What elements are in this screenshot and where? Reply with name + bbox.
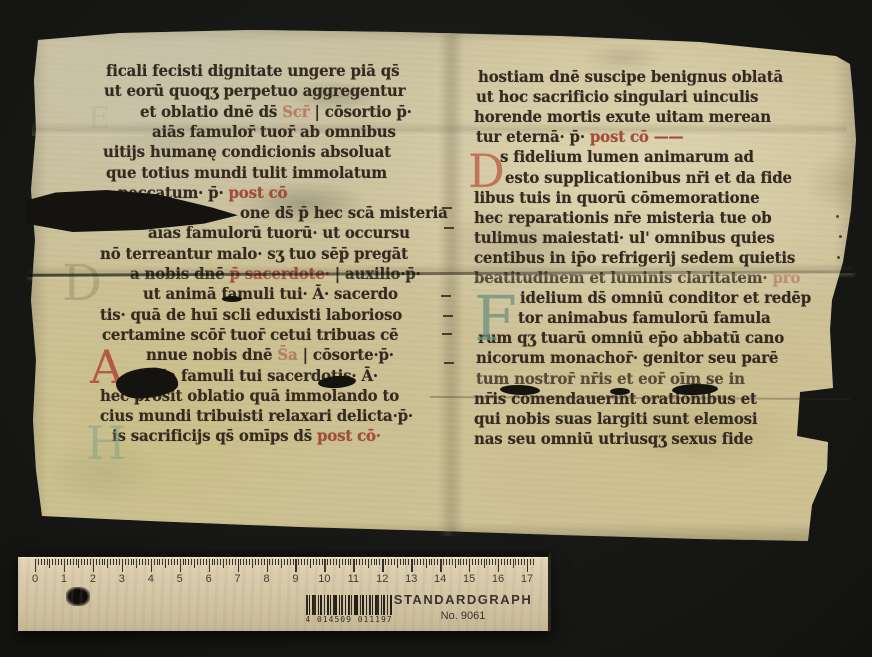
- ruler-number: 16: [492, 573, 504, 585]
- ruler-tick: [510, 559, 511, 565]
- ruler-tick: [446, 559, 447, 565]
- ruler-tick: [174, 559, 175, 565]
- photo-stage: ficali fecisti dignitate ungere piā qs̄u…: [0, 0, 872, 657]
- ruler-tick: [38, 559, 39, 565]
- ruler-tick: [238, 559, 239, 572]
- ruler-tick: [478, 559, 479, 565]
- ruler-tick: [191, 559, 192, 565]
- text-segment-rubric: post cō ——: [590, 127, 683, 146]
- stitch-mark: [443, 315, 453, 317]
- ruler-number: 15: [463, 573, 475, 585]
- ruler-tick: [513, 559, 514, 568]
- ruler-tick: [183, 559, 184, 565]
- ruler-tick: [229, 559, 230, 565]
- ruler-tick: [385, 559, 386, 565]
- ruler-tick: [322, 559, 323, 565]
- ruler-tick: [530, 559, 531, 565]
- text-segment-ink: rum qʒ tuarū omniū ep̄o abbatū cano: [478, 328, 784, 347]
- ruler-tick: [200, 559, 201, 565]
- ruler-tick: [440, 559, 441, 572]
- ruler-number: 1: [61, 573, 67, 585]
- edge-hole-dot: [839, 235, 842, 238]
- parchment-hole: [222, 296, 242, 302]
- manuscript-line: idelium ds̄ omniū conditor et redēp: [520, 289, 811, 307]
- ruler-tick: [481, 559, 482, 565]
- text-segment-ink: nnue nobis dnē: [146, 345, 277, 364]
- text-segment-rubric_faded: Scr̄: [282, 102, 309, 121]
- ruler-tick: [304, 559, 305, 565]
- ruler-tick: [81, 559, 82, 565]
- manuscript-line: tur eternā· p̄· post cō ——: [476, 128, 683, 146]
- text-segment-ink: qui nobis suas largiti sunt elemosi: [474, 409, 757, 428]
- ruler-tick: [55, 559, 56, 565]
- manuscript-line: tulimus maiestati· ul' omnibus quies: [474, 229, 775, 247]
- ruler-tick: [107, 559, 108, 568]
- ruler-tick: [420, 559, 421, 565]
- ruler-tick: [486, 559, 487, 565]
- text-segment-ink: tulimus maiestati· ul' omnibus quies: [474, 228, 775, 247]
- ruler-tick: [498, 559, 499, 572]
- text-segment-ink: tis· quā de huī scli eduxisti laborioso: [100, 305, 402, 324]
- ruler-tick: [431, 559, 432, 565]
- ruler-tick: [154, 559, 155, 565]
- ruler-tick: [125, 559, 126, 565]
- manuscript-line: horende mortis exute uitam merean: [474, 108, 771, 126]
- ruler-tick: [365, 559, 366, 565]
- ruler-tick: [524, 559, 525, 565]
- text-segment-ink: hostiam dnē suscipe benignus oblatā: [478, 67, 783, 86]
- text-segment-ink: nas seu omniū utriusqʒ sexus fide: [474, 429, 753, 448]
- ruler-tick: [171, 559, 172, 565]
- ruler-tick: [492, 559, 493, 565]
- ruler-tick: [310, 559, 311, 568]
- stitch-mark: [442, 207, 452, 209]
- ruler-tick: [96, 559, 97, 565]
- ruler-tick: [232, 559, 233, 565]
- text-segment-rubric: post cō·: [317, 426, 381, 445]
- text-segment-ink: ficali fecisti dignitate ungere piā qs̄: [106, 61, 399, 80]
- ruler-tick: [455, 559, 456, 568]
- ruler-tick: [466, 559, 467, 565]
- ruler-tick: [67, 559, 68, 565]
- ruler-tick: [408, 559, 409, 565]
- ruler-tick: [185, 559, 186, 565]
- parchment-hole: [610, 388, 630, 395]
- illuminated-initial-D: D: [62, 258, 102, 308]
- text-segment-ink: horende mortis exute uitam merean: [474, 107, 771, 126]
- manuscript-line: uitijs humanę condicionis absoluat: [103, 143, 391, 161]
- barcode: [306, 595, 392, 615]
- ruler-tick: [131, 559, 132, 565]
- ruler-tick: [267, 559, 268, 572]
- ruler-tick: [475, 559, 476, 565]
- manuscript-line: tis· quā de huī scli eduxisti laborioso: [100, 306, 402, 324]
- text-segment-ink: ut eorū quoqʒ perpetuo aggregentur: [104, 81, 405, 100]
- ruler-tick: [49, 559, 50, 568]
- ruler-tick: [426, 559, 427, 568]
- ruler-tick: [214, 559, 215, 565]
- ruler-tick: [264, 559, 265, 565]
- ruler-tick: [371, 559, 372, 565]
- ruler-tick: [417, 559, 418, 565]
- ruler-tick: [110, 559, 111, 565]
- ruler-tick: [113, 559, 114, 565]
- ruler-tick: [84, 559, 85, 565]
- ruler-tick: [374, 559, 375, 565]
- ruler-tick: [504, 559, 505, 565]
- text-segment-ink: certamine scōr̄ tuor̄ cetui tribuas cē: [102, 325, 398, 344]
- ruler-tick: [423, 559, 424, 565]
- manuscript-line: cius mundi tribuisti relaxari delicta·p̄…: [100, 407, 413, 425]
- manuscript-line: centibus in ip̄o refrigerij sedem quieti…: [474, 249, 795, 267]
- ruler-tick: [405, 559, 406, 565]
- ruler-tick: [122, 559, 123, 572]
- ruler-tick: [388, 559, 389, 565]
- ruler-tick: [319, 559, 320, 565]
- ruler-tick: [249, 559, 250, 565]
- ruler-tick: [35, 559, 36, 572]
- ruler-tick: [197, 559, 198, 565]
- manuscript-line: libus tuis in quorū cōmemoratione: [474, 189, 759, 207]
- ruler-tick: [443, 559, 444, 565]
- ruler-tick: [165, 559, 166, 568]
- ruler-tick: [151, 559, 152, 572]
- ruler-tick: [104, 559, 105, 565]
- text-segment-ink: nicorum monachor̄· genitor seu parē: [476, 348, 778, 367]
- ruler-number: 6: [206, 573, 212, 585]
- manuscript-line: ut animā famuli tui· Ā· sacerdo: [143, 285, 398, 303]
- ruler-tick: [495, 559, 496, 565]
- ruler-tick: [394, 559, 395, 565]
- ruler-tick: [533, 559, 534, 565]
- text-segment-ink: aīas famulorū tuorū· ut occursu: [148, 223, 410, 242]
- ruler-tick: [217, 559, 218, 565]
- ruler-tick: [301, 559, 302, 565]
- ruler-tick: [119, 559, 120, 565]
- manuscript-line: rum qʒ tuarū omniū ep̄o abbatū cano: [478, 329, 784, 347]
- manuscript-line: que totius mundi tulit immolatum: [106, 164, 387, 182]
- ruler-tick: [359, 559, 360, 565]
- manuscript-line: qui nobis suas largiti sunt elemosi: [474, 410, 757, 428]
- ruler-tick: [295, 559, 296, 572]
- ruler-tick: [342, 559, 343, 565]
- ruler-tick: [272, 559, 273, 565]
- ruler-tick: [400, 559, 401, 565]
- ruler-tick: [336, 559, 337, 565]
- ruler-tick: [116, 559, 117, 565]
- ruler-tick: [278, 559, 279, 565]
- ruler-tick: [348, 559, 349, 565]
- manuscript-line: ut eorū quoqʒ perpetuo aggregentur: [104, 82, 405, 100]
- ruler-tick: [188, 559, 189, 565]
- ruler-tick: [391, 559, 392, 565]
- ruler-number: 11: [348, 573, 359, 585]
- ruler-tick: [324, 559, 325, 572]
- ruler-tick: [220, 559, 221, 565]
- ruler-tick: [458, 559, 459, 565]
- ruler-tick: [356, 559, 357, 565]
- ruler-tick: [411, 559, 412, 572]
- ruler-tick: [168, 559, 169, 565]
- ruler-number: 17: [521, 573, 533, 585]
- ruler-number: 8: [263, 573, 269, 585]
- ruler-number: 12: [376, 573, 388, 585]
- ruler-tick: [327, 559, 328, 565]
- ruler-number: 4: [148, 573, 154, 585]
- manuscript-line: esto supplicationibus nr̄i et da fide: [505, 169, 792, 187]
- manuscript-line: tor animabus famulorū famula: [518, 309, 770, 327]
- ruler-tick: [275, 559, 276, 565]
- ruler-tick: [362, 559, 363, 565]
- manuscript-line: s fidelium lumen animarum ad: [500, 148, 754, 166]
- ruler-tick: [472, 559, 473, 565]
- ruler-tick: [223, 559, 224, 568]
- text-segment-ink: esto supplicationibus nr̄i et da fide: [505, 167, 792, 186]
- ruler-number: 14: [434, 573, 446, 585]
- ruler-tick: [162, 559, 163, 565]
- ruler-tick: [243, 559, 244, 565]
- text-segment-ink: | cōsorte·p̄·: [303, 345, 394, 364]
- ruler-number: 10: [318, 573, 330, 585]
- manuscript-line: et oblatio dnē ds̄ Scr̄ | cōsortio p̄·: [140, 103, 412, 121]
- ruler-tick: [102, 559, 103, 565]
- ruler-tick: [177, 559, 178, 565]
- text-segment-ink: aiās famulor̄ tuor̄ ab omnibus: [152, 122, 396, 141]
- ruler-tick: [73, 559, 74, 565]
- ruler-tick: [47, 559, 48, 565]
- manuscript-line: nas seu omniū utriusqʒ sexus fide: [474, 430, 753, 448]
- ruler-tick: [226, 559, 227, 565]
- manuscript-line: one ds̄ p̄ hec scā misteria: [240, 204, 448, 222]
- manuscript-line: nicorum monachor̄· genitor seu parē: [476, 349, 778, 367]
- ruler-number: 5: [177, 573, 183, 585]
- ruler-number: 9: [292, 573, 298, 585]
- ruler-tick: [206, 559, 207, 565]
- text-segment-ink: | cōsortio p̄·: [309, 102, 411, 121]
- ruler-tick: [136, 559, 137, 568]
- ruler-tick: [235, 559, 236, 565]
- ruler-tick: [379, 559, 380, 565]
- ruler-tick: [484, 559, 485, 568]
- ruler-tick: [316, 559, 317, 565]
- ruler-tick: [313, 559, 314, 565]
- ruler-model: No. 9061: [378, 610, 548, 622]
- ruler-tick: [240, 559, 241, 565]
- ruler-tick: [261, 559, 262, 565]
- ruler-tick: [133, 559, 134, 565]
- ruler-tick: [437, 559, 438, 565]
- text-segment-ink: hec reparationis nr̄e misteria tue ob: [474, 208, 771, 227]
- stitch-mark: [441, 295, 451, 297]
- manuscript-line: aīas famulorū tuorū· ut occursu: [148, 224, 410, 242]
- ruler-number: 3: [119, 573, 125, 585]
- ruler-tick: [255, 559, 256, 565]
- ruler-tick: [203, 559, 204, 565]
- text-segment-ink: centibus in ip̄o refrigerij sedem quieti…: [474, 248, 795, 267]
- ruler-tick: [128, 559, 129, 565]
- ruler-tick: [429, 559, 430, 565]
- text-segment-ink: uitijs humanę condicionis absoluat: [103, 142, 391, 161]
- ruler-tick: [403, 559, 404, 565]
- ruler-tick: [345, 559, 346, 565]
- ruler-tick: [70, 559, 71, 565]
- ruler-tick: [139, 559, 140, 565]
- ruler-tick: [414, 559, 415, 565]
- edge-hole-dot: [836, 215, 839, 218]
- edge-hole-dot: [837, 256, 840, 259]
- ruler-tick: [269, 559, 270, 565]
- text-segment-ink: libus tuis in quorū cōmemoratione: [474, 188, 759, 207]
- ruler-tick: [180, 559, 181, 572]
- illuminated-initial-E: E: [88, 104, 110, 134]
- ruler-tick: [489, 559, 490, 565]
- ruler-number: 2: [90, 573, 96, 585]
- ruler-tick: [194, 559, 195, 568]
- text-segment-ink: s fidelium lumen animarum ad: [500, 147, 754, 166]
- ruler-tick: [78, 559, 79, 568]
- ruler-tick: [287, 559, 288, 565]
- ruler-number: 13: [405, 573, 417, 585]
- manuscript-line: nō terreantur malo· sʒ tuo sēp̄ pregāt: [100, 245, 408, 263]
- manuscript-line: ut hoc sacrificio singulari uinculis: [476, 88, 758, 106]
- ruler-tick: [290, 559, 291, 565]
- ruler-tick: [87, 559, 88, 565]
- ruler-tick: [145, 559, 146, 565]
- ruler-tick: [434, 559, 435, 565]
- ruler-tick: [469, 559, 470, 572]
- manuscript-line: certamine scōr̄ tuor̄ cetui tribuas cē: [102, 326, 398, 344]
- ruler-number: 0: [32, 573, 38, 585]
- ruler-tick: [252, 559, 253, 568]
- text-segment-rubric_faded: S̄a: [277, 345, 302, 364]
- text-segment-ink: nō terreantur malo· sʒ tuo sēp̄ pregāt: [100, 244, 408, 263]
- ruler-tick: [293, 559, 294, 565]
- stitch-mark: [444, 227, 454, 229]
- ruler-tick: [521, 559, 522, 565]
- illuminated-initial-D: D: [468, 148, 505, 194]
- ruler-tick: [281, 559, 282, 568]
- ruler-tick: [93, 559, 94, 572]
- text-segment-ink: is sacrificijs qs̄ omīps ds̄: [112, 426, 317, 445]
- ruler: 01234567891011121314151617 4 014509 0111…: [18, 551, 551, 631]
- ruler-tick: [157, 559, 158, 565]
- ruler-tick: [507, 559, 508, 565]
- ruler-tick: [515, 559, 516, 565]
- text-segment-ink: idelium ds̄ omniū conditor et redēp: [520, 288, 811, 307]
- ruler-tick: [99, 559, 100, 565]
- text-segment-ink: que totius mundi tulit immolatum: [106, 162, 387, 181]
- ruler-tick: [246, 559, 247, 565]
- ruler-tick: [449, 559, 450, 565]
- ruler-tick: [44, 559, 45, 565]
- ruler-number: 7: [235, 573, 241, 585]
- ruler-tick: [330, 559, 331, 565]
- ruler-tick: [159, 559, 160, 565]
- stitch-mark: [444, 362, 454, 364]
- ruler-tick: [148, 559, 149, 565]
- text-segment-ink: one ds̄ p̄ hec scā misteria: [240, 203, 448, 222]
- ruler-tick: [368, 559, 369, 568]
- ruler-hole: [66, 587, 90, 606]
- ruler-tick: [463, 559, 464, 565]
- text-segment-ink: et oblatio dnē ds̄: [140, 102, 282, 121]
- ruler-brand: STANDARDGRAPH: [378, 592, 548, 607]
- ruler-tick: [397, 559, 398, 568]
- ruler-tick: [258, 559, 259, 565]
- ruler-tick: [58, 559, 59, 565]
- ruler-tick: [382, 559, 383, 572]
- ruler-tick: [527, 559, 528, 572]
- manuscript-line: is sacrificijs qs̄ omīps ds̄ post cō·: [112, 427, 381, 445]
- ruler-tick: [64, 559, 65, 572]
- ruler-tick: [501, 559, 502, 565]
- text-segment-ink: tor animabus famulorū famula: [518, 308, 770, 327]
- ruler-tick: [460, 559, 461, 565]
- ruler-tick: [518, 559, 519, 565]
- ruler-tick: [142, 559, 143, 565]
- illuminated-initial-F: F: [474, 288, 517, 350]
- ruler-tick: [307, 559, 308, 565]
- text-segment-ink: ut animā famuli tui· Ā· sacerdo: [143, 284, 398, 303]
- text-segment-ink: cius mundi tribuisti relaxari delicta·p̄…: [100, 406, 413, 425]
- barcode-digits: 4 014509 011197: [288, 615, 410, 624]
- manuscript-line: nnue nobis dnē S̄a | cōsorte·p̄·: [146, 346, 394, 364]
- ruler-tick: [333, 559, 334, 565]
- text-segment-ink: ut hoc sacrificio singulari uinculis: [476, 87, 758, 106]
- ruler-tick: [339, 559, 340, 568]
- ruler-tick: [61, 559, 62, 565]
- manuscript-line: ficali fecisti dignitate ungere piā qs̄: [106, 62, 399, 80]
- ruler-tick: [350, 559, 351, 565]
- ruler-tick: [52, 559, 53, 565]
- manuscript-line: hostiam dnē suscipe benignus oblatā: [478, 68, 783, 86]
- ruler-tick: [284, 559, 285, 565]
- ruler-tick: [76, 559, 77, 565]
- ruler-tick: [452, 559, 453, 565]
- manuscript-line: aiās famulor̄ tuor̄ ab omnibus: [152, 123, 396, 141]
- ruler-tick: [212, 559, 213, 565]
- illuminated-initial-H: H: [86, 420, 126, 466]
- ruler-tick: [353, 559, 354, 572]
- stitch-mark: [442, 333, 452, 335]
- ruler-tick: [298, 559, 299, 565]
- ruler-tick: [90, 559, 91, 565]
- ruler-tick: [41, 559, 42, 565]
- ruler-tick: [376, 559, 377, 565]
- ruler-tick: [209, 559, 210, 572]
- manuscript-line: hec reparationis nr̄e misteria tue ob: [474, 209, 771, 227]
- text-segment-rubric: post cō: [229, 183, 288, 202]
